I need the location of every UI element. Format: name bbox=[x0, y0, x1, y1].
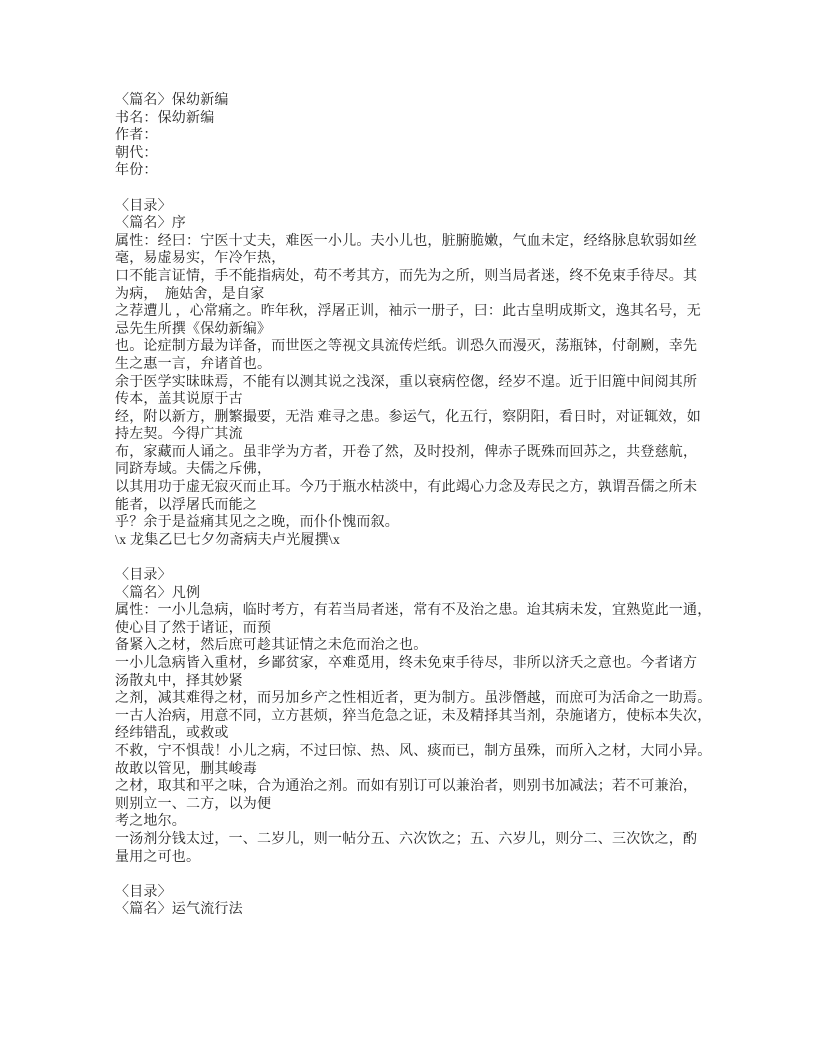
text-line: 汤散丸中，择其妙紧 bbox=[115, 673, 715, 691]
text-line: 能者，以浮屠氏而能之 bbox=[115, 497, 715, 515]
text-line: 余于医学实昧昧焉，不能有以测其说之浅深，重以衰病倥偬，经岁不遑。近于旧簏中间阅其… bbox=[115, 374, 715, 392]
text-line: 作者： bbox=[115, 127, 715, 145]
text-line: 也。论症制方最为详备，而世医之等视文具流传烂纸。训恐久而漫灭，荡瓶钵，付剞劂，幸… bbox=[115, 338, 715, 356]
text-line: 生之惠一言，弁诸首也。 bbox=[115, 356, 715, 374]
text-line: 〈篇名〉序 bbox=[115, 215, 715, 233]
text-line: 〈目录〉 bbox=[115, 884, 715, 902]
text-line: 传本，盖其说原于古 bbox=[115, 391, 715, 409]
text-line: 以其用功于虚无寂灭而止耳。今乃于瓶水枯淡中，有此竭心力念及寿民之方，孰谓吾儒之所… bbox=[115, 479, 715, 497]
text-line: 之剂，减其难得之材，而另加乡产之性相近者，更为制方。虽涉僭越，而庶可为活命之一助… bbox=[115, 690, 715, 708]
text-line: 同跻寿域。夫儒之斥佛， bbox=[115, 461, 715, 479]
text-line: 〈篇名〉运气流行法 bbox=[115, 901, 715, 919]
document-page: 〈篇名〉保幼新编书名：保幼新编作者：朝代：年份：〈目录〉〈篇名〉序属性：经曰：宁… bbox=[0, 0, 816, 1056]
text-line: 使心目了然于诸证，而预 bbox=[115, 620, 715, 638]
text-line bbox=[115, 180, 715, 198]
text-line: 忌先生所撰《保幼新编》 bbox=[115, 321, 715, 339]
text-line: 一古人治病，用意不同，立方甚烦，猝当危急之证，未及精择其当剂，杂施诸方，使标本失… bbox=[115, 708, 715, 726]
text-line: 考之地尔。 bbox=[115, 813, 715, 831]
text-line bbox=[115, 866, 715, 884]
text-line: 乎？余于是益痛其见之之晚，而仆仆愧而叙。 bbox=[115, 514, 715, 532]
text-line: 〈篇名〉凡例 bbox=[115, 585, 715, 603]
text-line: 一汤剂分钱太过，一、二岁儿，则一帖分五、六次饮之；五、六岁儿，则分二、三次饮之，… bbox=[115, 831, 715, 849]
text-line: 一小儿急病皆入重材，乡鄙贫家，卒难觅用，终未免束手待尽，非所以济夭之意也。今者诸… bbox=[115, 655, 715, 673]
document-text: 〈篇名〉保幼新编书名：保幼新编作者：朝代：年份：〈目录〉〈篇名〉序属性：经曰：宁… bbox=[115, 92, 715, 919]
text-line: 属性：一小儿急病，临时考方，有若当局者迷，常有不及治之患。迨其病未发，宜熟览此一… bbox=[115, 602, 715, 620]
text-line: 之材，取其和平之味，合为通治之剂。而如有别订可以兼治者，则别书加减法；若不可兼治… bbox=[115, 778, 715, 796]
text-line: 量用之可也。 bbox=[115, 849, 715, 867]
text-line: 不救，宁不惧哉！小儿之病，不过曰惊、热、风、痰而已，制方虽殊，而所入之材，大同小… bbox=[115, 743, 715, 761]
text-line: 持左契。今得广其流 bbox=[115, 426, 715, 444]
text-line bbox=[115, 549, 715, 567]
text-line: 则别立一、二方，以为便 bbox=[115, 796, 715, 814]
text-line: 故敢以管见，删其峻毒 bbox=[115, 761, 715, 779]
text-line: 备紧入之材，然后庶可趁其证情之未危而治之也。 bbox=[115, 637, 715, 655]
text-line: 毫，易虚易实，乍冷乍热， bbox=[115, 250, 715, 268]
text-line: 经，附以新方，删繁撮要，无浩 难寻之患。参运气，化五行，察阴阳，看日时，对证辄效… bbox=[115, 409, 715, 427]
text-line: 年份： bbox=[115, 162, 715, 180]
text-line: 经纬错乱，或救或 bbox=[115, 725, 715, 743]
text-line: 〈目录〉 bbox=[115, 567, 715, 585]
text-line: 之荐遭儿 ，心常痛之。昨年秋，浮屠正训，袖示一册子，曰：此古皇明成斯文，逸其名号… bbox=[115, 303, 715, 321]
text-line: 〈目录〉 bbox=[115, 198, 715, 216]
text-line: 朝代： bbox=[115, 145, 715, 163]
text-line: 口不能言证情，手不能指病处，苟不考其方，而先为之所，则当局者迷，终不免束手待尽。… bbox=[115, 268, 715, 286]
text-line: 为病， 施姑舍，是自家 bbox=[115, 286, 715, 304]
text-line: 布，家藏而人诵之。虽非学为方者，开卷了然，及时投剂，俾赤子既殊而回苏之，共登慈航… bbox=[115, 444, 715, 462]
text-line: \x 龙集乙巳七夕勿斋病夫卢光履撰\x bbox=[115, 532, 715, 550]
text-line: 书名：保幼新编 bbox=[115, 110, 715, 128]
text-line: 属性：经曰：宁医十丈夫，难医一小儿。夫小儿也，脏腑脆嫩，气血未定，经络脉息软弱如… bbox=[115, 233, 715, 251]
text-line: 〈篇名〉保幼新编 bbox=[115, 92, 715, 110]
